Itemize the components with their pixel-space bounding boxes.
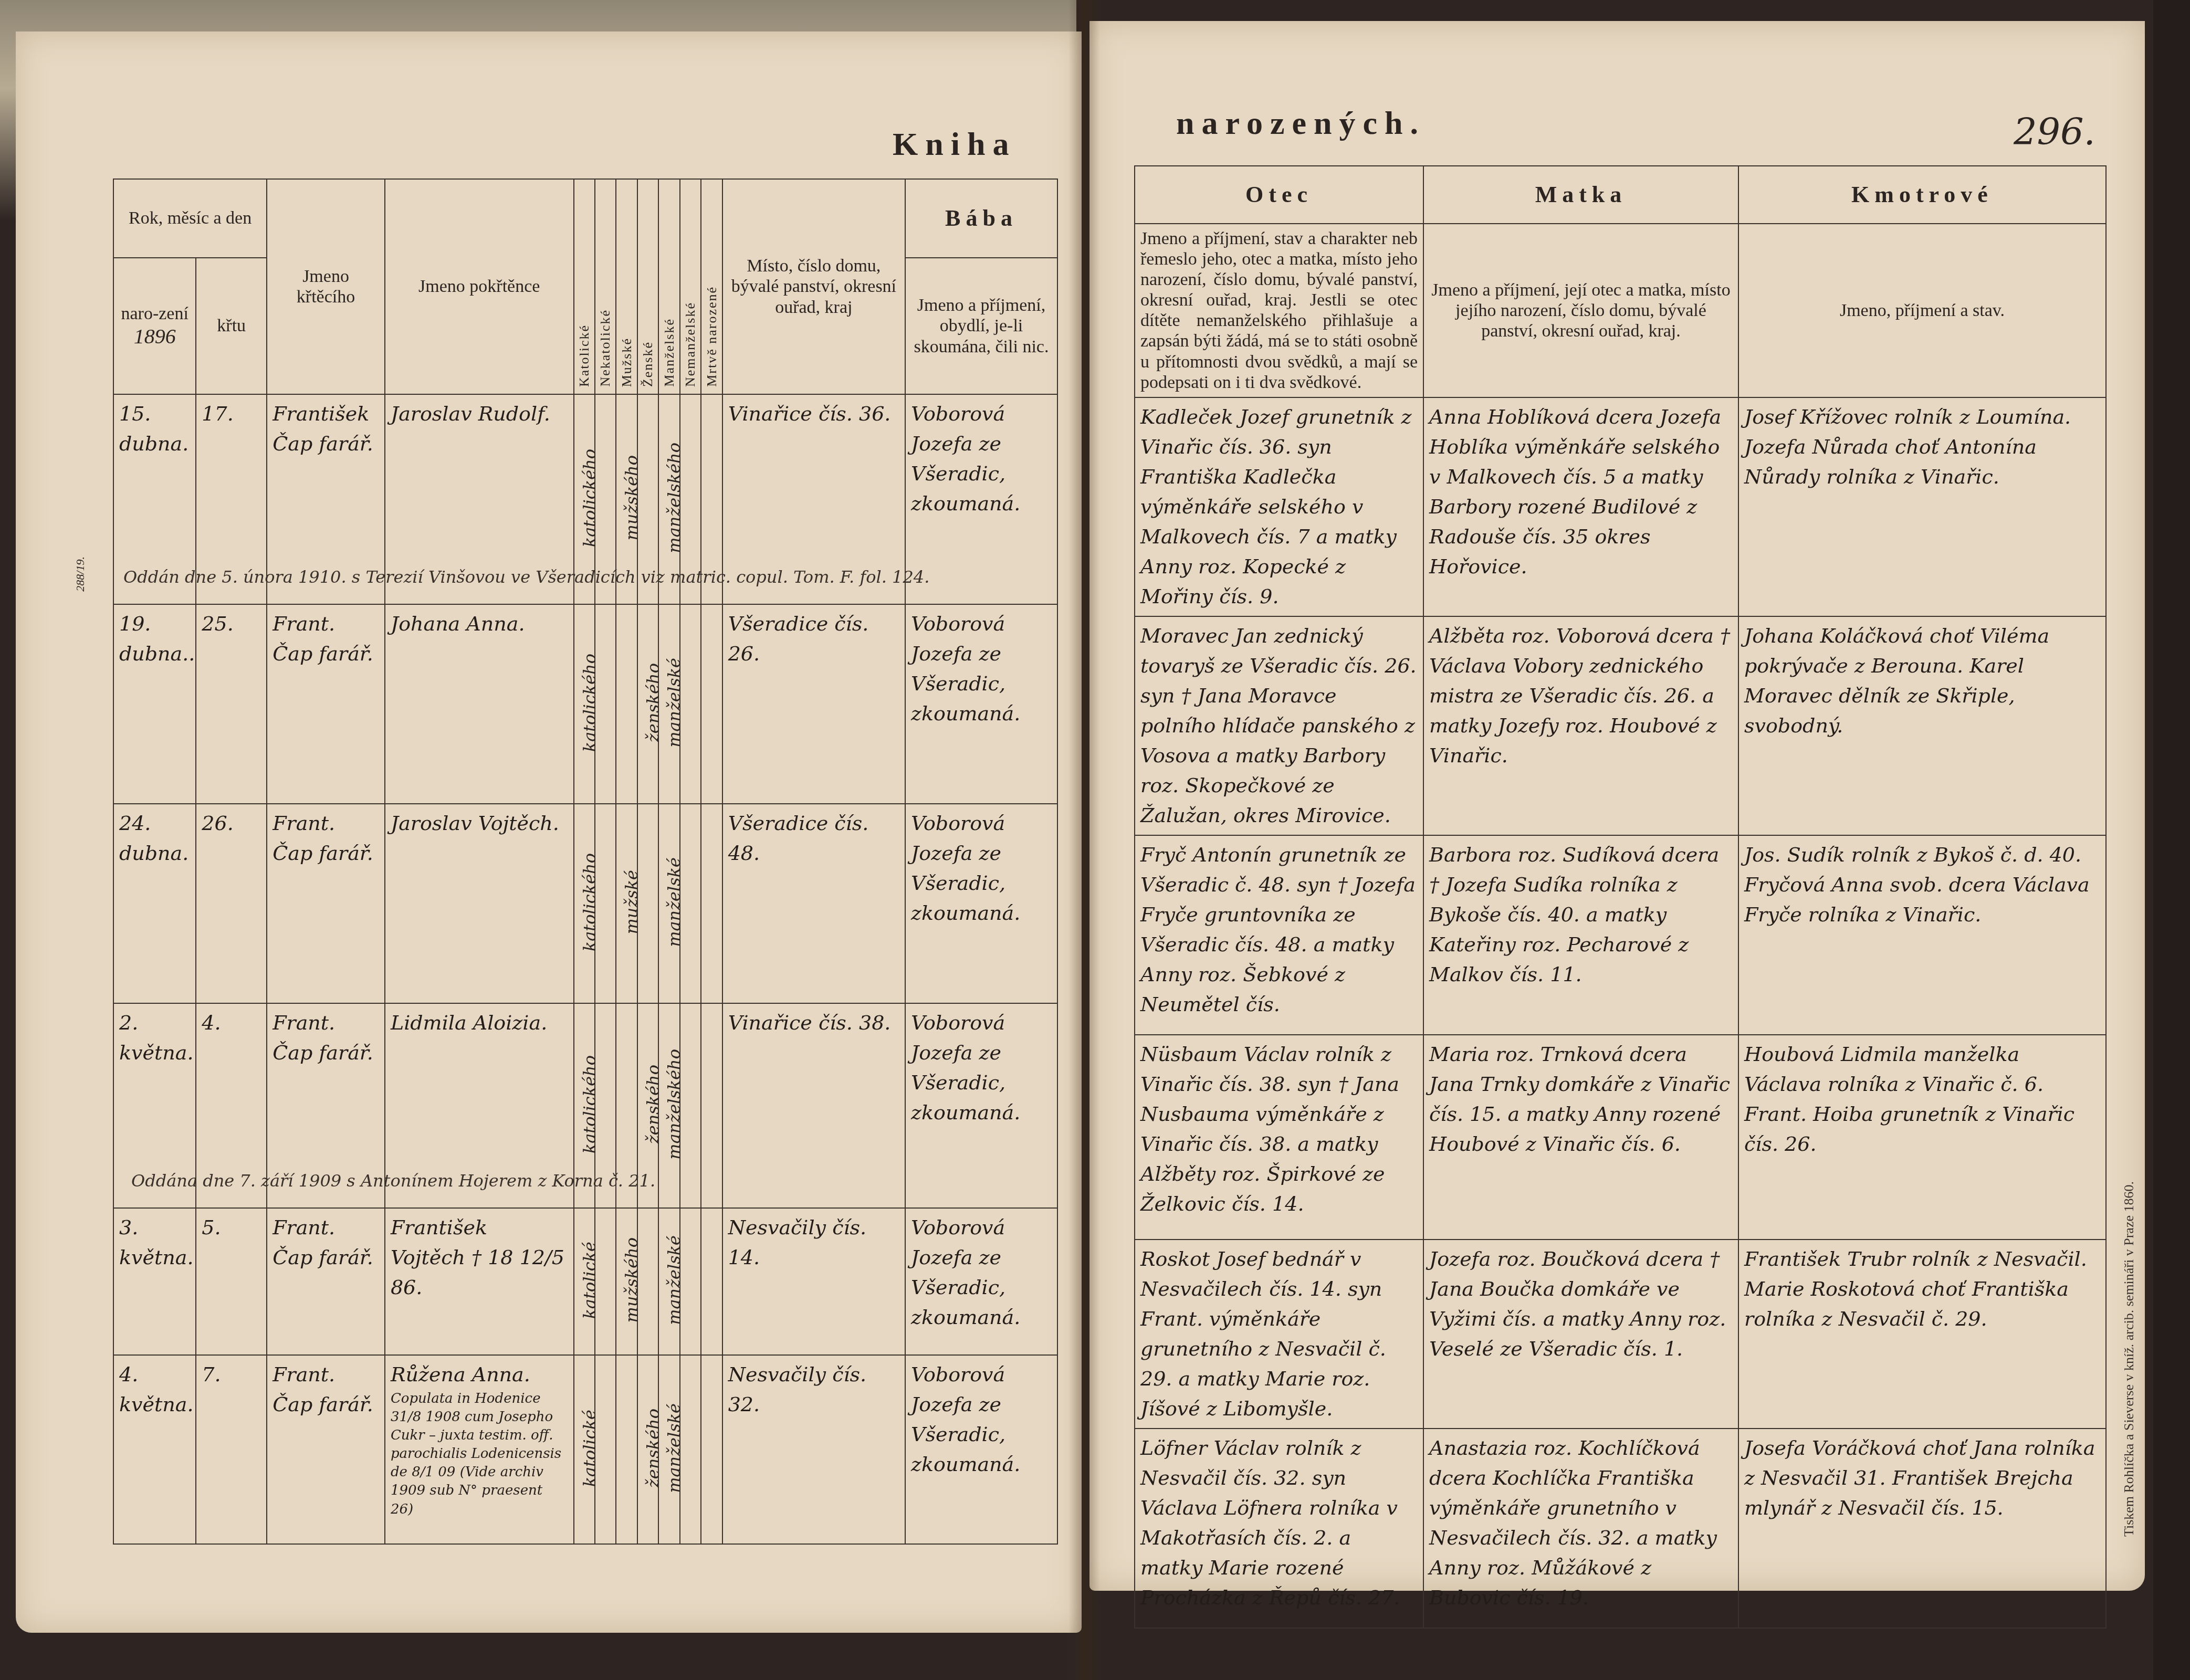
register-table-left: Rok, měsíc a den Jmeno křtěcího Jmeno po… [113, 178, 1058, 1545]
father-cell: Fryč Antonín grunetník ze Všeradic č. 48… [1135, 835, 1423, 1035]
header-mother-sub: Jmeno a příjmení, její otec a matka, mís… [1423, 224, 1738, 397]
year-label: 1896 [134, 324, 176, 348]
father-cell: Moravec Jan zednický tovaryš ze Všeradic… [1135, 616, 1423, 835]
table-row: Nüsbaum Václav rolník z Vinařic čís. 38.… [1135, 1035, 2106, 1240]
header-flag-stillborn: Mrtvě narozené [704, 286, 720, 387]
header-godparents-sub: Jmeno, příjmení a stav. [1738, 224, 2106, 397]
book-gutter [1068, 0, 1100, 1680]
mother-cell: Anna Hoblíková dcera Jozefa Hoblíka výmě… [1423, 397, 1738, 616]
margin-note: 288/19. [74, 556, 87, 592]
printer-credit: Tiskem Rohlíčka a Sieverse v kníž. arcib… [2121, 1181, 2137, 1537]
table-row: Moravec Jan zednický tovaryš ze Všeradic… [1135, 616, 2106, 835]
mother-cell: Alžběta roz. Voborová dcera † Václava Vo… [1423, 616, 1738, 835]
father-cell: Kadleček Jozef grunetník z Vinařic čís. … [1135, 397, 1423, 616]
table-row: 24.dubna. 26. Frant. Čap farář. Jaroslav… [113, 804, 1057, 1003]
father-cell: Roskot Josef bednář v Nesvačilech čís. 1… [1135, 1240, 1423, 1429]
header-flag-noncatholic: Nekatolické [598, 309, 613, 387]
father-cell: Nüsbaum Václav rolník z Vinařic čís. 38.… [1135, 1035, 1423, 1240]
godparents-cell: Houbová Lidmila manželka Václava rolníka… [1738, 1035, 2106, 1240]
table-row: Löfner Václav rolník z Nesvačil čís. 32.… [1135, 1429, 2106, 1628]
table-row: Kadleček Jozef grunetník z Vinařic čís. … [1135, 397, 2106, 616]
table-row: 3.května. 5. Frant. Čap farář. František… [113, 1208, 1057, 1355]
godparents-cell: Josefa Voráčková choť Jana rolníka z Nes… [1738, 1429, 2106, 1628]
header-flag-female: Ženské [640, 341, 656, 387]
register-table-right: Otec Matka Kmotrové Jmeno a příjmení, st… [1134, 165, 2107, 1629]
header-birth: naro-zení1896 [113, 258, 196, 394]
header-baptized: Jmeno pokřtěnce [385, 179, 574, 394]
header-mother-title: Matka [1535, 182, 1627, 207]
header-flag-male: Mužské [619, 338, 635, 387]
annotation-marriage-note: Oddán dne 5. února 1910. s Terezií Vinšo… [123, 567, 929, 587]
father-cell: Löfner Václav rolník z Nesvačil čís. 32.… [1135, 1429, 1423, 1628]
book-cover-edge [2153, 0, 2190, 1680]
header-godparents-title: Kmotrové [1851, 182, 1993, 207]
table-row: 19.dubna.. 25. Frant. Čap farář. Johana … [113, 604, 1057, 804]
table-row: 4.května. 7. Frant. Čap farář. Růžena An… [113, 1355, 1057, 1544]
godparents-cell: Jos. Sudík rolník z Bykoš č. d. 40. Fryč… [1738, 835, 2106, 1035]
mother-cell: Maria roz. Trnková dcera Jana Trnky domk… [1423, 1035, 1738, 1240]
header-midwife-sub: Jmeno a příjmení, obydlí, je-li skoumána… [905, 258, 1057, 394]
header-flag-illegitimate: Nemanželské [683, 302, 698, 387]
mother-cell: Barbora roz. Sudíková dcera † Jozefa Sud… [1423, 835, 1738, 1035]
godparents-cell: Johana Koláčková choť Viléma pokrývače z… [1738, 616, 2106, 835]
header-midwife-title: Bába [945, 205, 1018, 231]
page-number: 296. [2014, 110, 2095, 153]
header-baptism: křtu [196, 258, 267, 394]
header-place: Místo, číslo domu, bývalé panství, okres… [722, 179, 905, 394]
table-row: Fryč Antonín grunetník ze Všeradic č. 48… [1135, 835, 2106, 1035]
header-baptizer: Jmeno křtěcího [267, 179, 385, 394]
header-flag-legitimate: Manželské [662, 318, 677, 387]
table-row: Roskot Josef bednář v Nesvačilech čís. 1… [1135, 1240, 2106, 1429]
page-title-right: narozených. [1176, 105, 1426, 142]
mother-cell: Anastazia roz. Kochlíčková dcera Kochlíč… [1423, 1429, 1738, 1628]
annotation-marriage-note: Oddána dne 7. září 1909 s Antonínem Hoje… [131, 1171, 655, 1191]
header-date-group: Rok, měsíc a den [113, 179, 267, 258]
annotation-marriage-note: Copulata in Hodenice 31/8 1908 cum Josep… [391, 1390, 568, 1519]
godparents-cell: Josef Křížovec rolník z Loumína. Jozefa … [1738, 397, 2106, 616]
page-title-left: Kniha [893, 126, 1016, 163]
godparents-cell: František Trubr rolník z Nesvačil. Marie… [1738, 1240, 2106, 1429]
header-father-title: Otec [1245, 182, 1313, 207]
header-flag-catholic: Katolické [577, 324, 592, 387]
header-father-sub: Jmeno a příjmení, stav a charakter neb ř… [1135, 224, 1423, 397]
mother-cell: Jozefa roz. Boučková dcera † Jana Boučka… [1423, 1240, 1738, 1429]
